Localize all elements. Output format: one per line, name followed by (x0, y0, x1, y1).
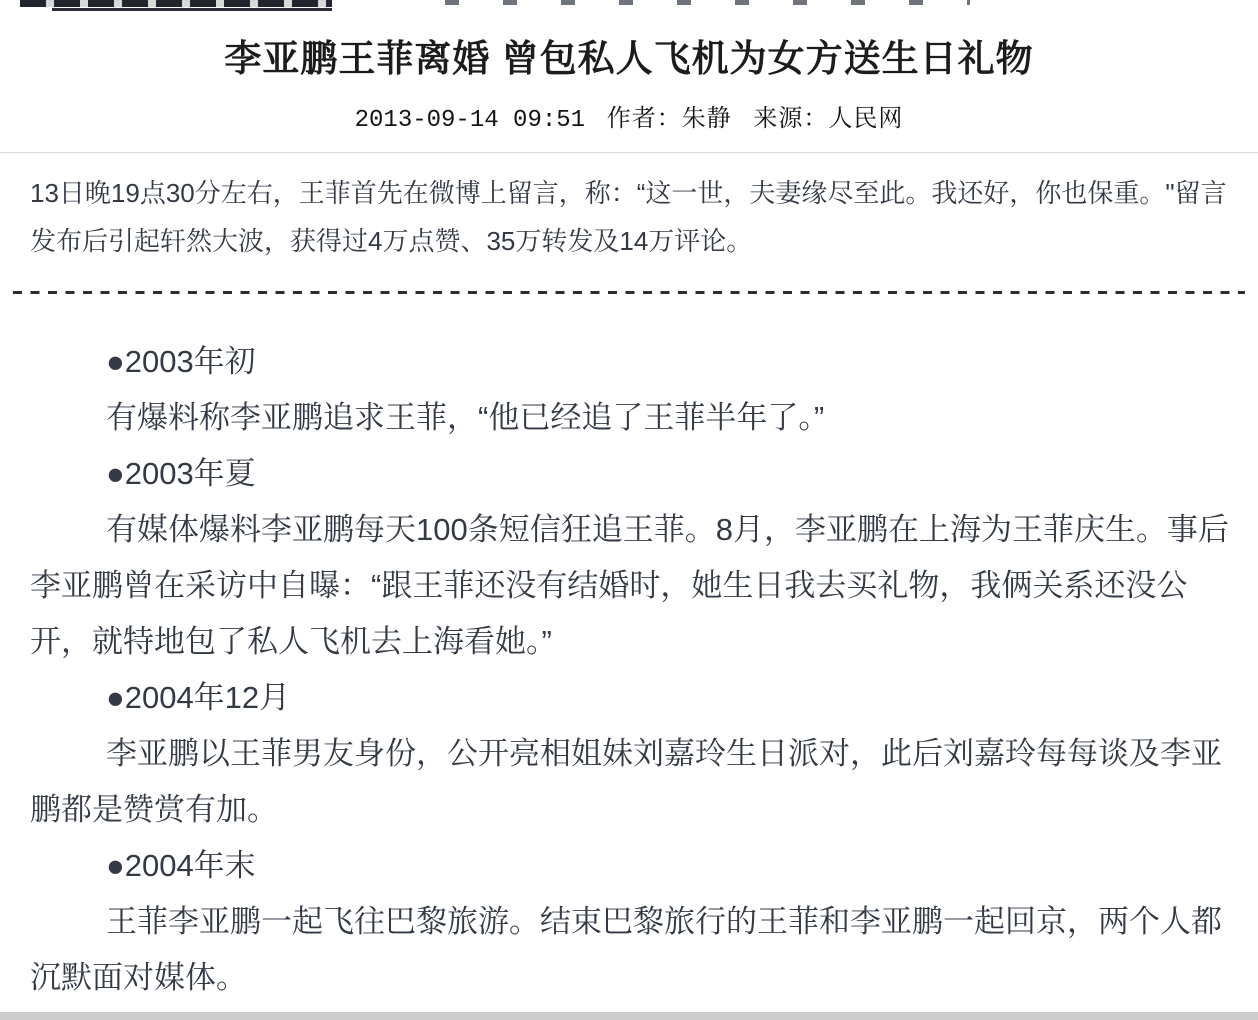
timeline-heading: ●2004年末 (30, 838, 1236, 894)
timeline-paragraph: 王菲李亚鹏一起飞往巴黎旅游。结束巴黎旅行的王菲和李亚鹏一起回京，两个人都沉默面对… (30, 894, 1236, 1006)
article-title: 李亚鹏王菲离婚 曾包私人飞机为女方送生日礼物 (0, 34, 1258, 84)
article-summary: 13日晚19点30分左右，王菲首先在微博上留言，称：“这一世，夫妻缘尽至此。我还… (0, 153, 1258, 281)
clipped-light-fragment (445, 0, 970, 5)
clipped-top-text (0, 0, 1258, 13)
publish-datetime: 2013-09-14 09:51 (355, 107, 585, 134)
source-label: 来源：人民网 (753, 105, 903, 132)
timeline-heading: ●2003年夏 (30, 446, 1236, 502)
author-label: 作者：朱静 (607, 105, 732, 132)
screenshot-bottom-edge (0, 1012, 1258, 1020)
article-body: ●2003年初 有爆料称李亚鹏追求王菲，“他已经追了王菲半年了。” ●2003年… (0, 294, 1258, 1006)
clipped-bold-fragment (20, 0, 332, 7)
timeline-paragraph: 有媒体爆料李亚鹏每天100条短信狂追王菲。8月，李亚鹏在上海为王菲庆生。事后李亚… (30, 502, 1236, 670)
timeline-heading: ●2003年初 (30, 334, 1236, 390)
timeline-heading: ●2004年12月 (30, 670, 1236, 726)
timeline-paragraph: 李亚鹏以王菲男友身份，公开亮相姐妹刘嘉玲生日派对，此后刘嘉玲每每谈及李亚鹏都是赞… (30, 726, 1236, 838)
timeline-paragraph: 有爆料称李亚鹏追求王菲，“他已经追了王菲半年了。” (30, 390, 1236, 446)
article-meta: 2013-09-14 09:51 作者：朱静 来源：人民网 (0, 98, 1258, 134)
clipped-underline (52, 8, 332, 11)
article-header: 李亚鹏王菲离婚 曾包私人飞机为女方送生日礼物 2013-09-14 09:51 … (0, 0, 1258, 134)
